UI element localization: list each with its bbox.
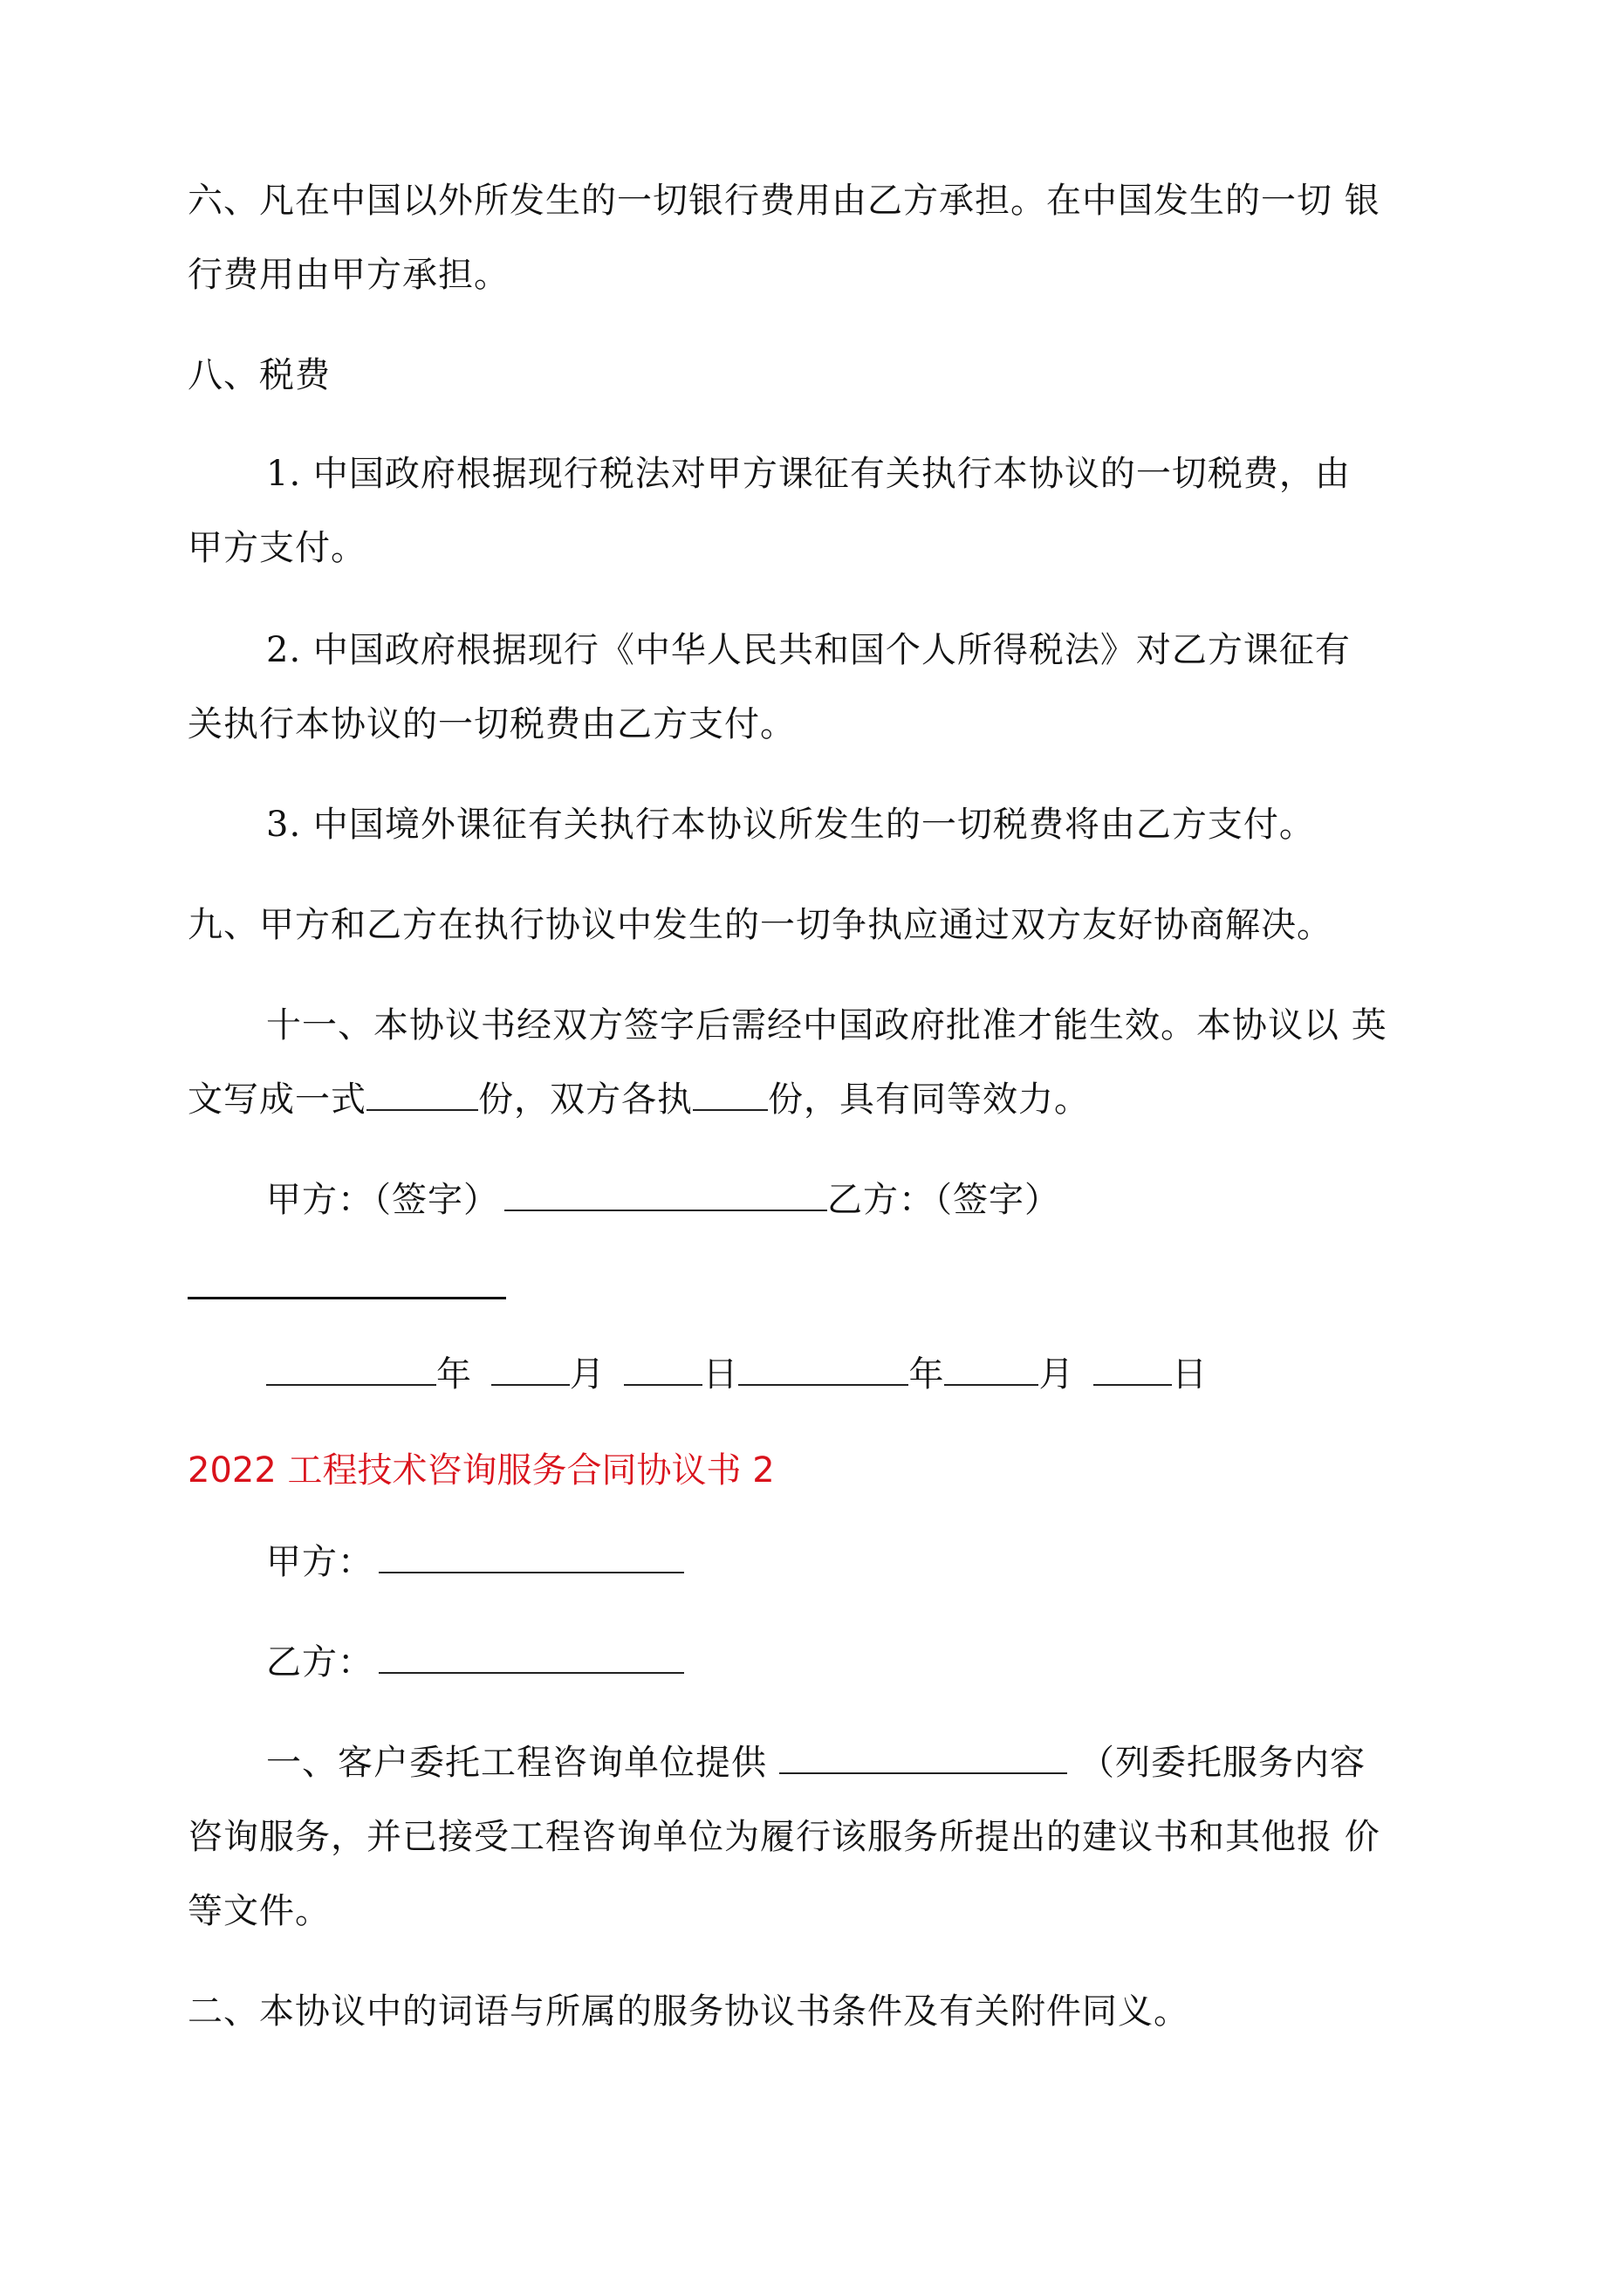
signature-line: 甲方：（签字）乙方：（签字） — [266, 1178, 1060, 1222]
clause-8-1-line-1: 1. 中国政府根据现行税法对甲方课征有关执行本协议的一切税费，由 — [266, 452, 1351, 496]
party-a-signature-blank[interactable] — [504, 1178, 827, 1211]
clause-8-title: 八、税费 — [188, 353, 331, 397]
date-b-year-label: 年 — [908, 1354, 944, 1395]
clause-11-text-c: 份，具有同等效力。 — [768, 1079, 1090, 1120]
party-b-sign-label: 乙方：（签字） — [827, 1180, 1060, 1220]
clause-6-line-1: 六、凡在中国以外所发生的一切银行费用由乙方承担。在中国发生的一切 银 — [188, 179, 1380, 223]
section2-party-b-label: 乙方： — [266, 1642, 373, 1683]
copies-each-blank[interactable] — [693, 1078, 768, 1111]
section2-clause-1-line-1: 一、客户委托工程咨询单位提供（列委托服务内容 — [266, 1741, 1366, 1785]
party-b-signature-rule[interactable] — [188, 1297, 506, 1299]
date-b-day-blank[interactable] — [1093, 1353, 1172, 1386]
date-b-month-blank[interactable] — [944, 1353, 1038, 1386]
clause-8-1-line-2: 甲方支付。 — [188, 526, 366, 570]
section2-party-b: 乙方： — [266, 1641, 684, 1684]
section2-clause-1-line-3: 等文件。 — [188, 1889, 331, 1933]
section2-clause-1-text-a: 一、客户委托工程咨询单位提供 — [266, 1743, 767, 1783]
date-line: 年 月 日年月 日 — [266, 1353, 1208, 1396]
date-a-year-label: 年 — [436, 1354, 472, 1395]
date-a-day-blank[interactable] — [624, 1353, 702, 1386]
clause-8-2-line-2: 关执行本协议的一切税费由乙方支付。 — [188, 703, 796, 746]
clause-11-line-1: 十一、本协议书经双方签字后需经中国政府批准才能生效。本协议以 英 — [266, 1004, 1387, 1047]
clause-9-line-1: 九、甲方和乙方在执行协议中发生的一切争执应通过双方友好协商解决。 — [188, 903, 1332, 947]
date-a-year-blank[interactable] — [266, 1353, 436, 1386]
clause-11-line-2: 文写成一式份，双方各执份，具有同等效力。 — [188, 1078, 1090, 1121]
date-b-year-blank[interactable] — [738, 1353, 908, 1386]
section2-party-a: 甲方： — [266, 1540, 684, 1584]
date-a-month-label: 月 — [570, 1354, 606, 1395]
section2-party-a-label: 甲方： — [266, 1542, 373, 1582]
section2-clause-2-line-1: 二、本协议中的词语与所属的服务协议书条件及有关附件同义。 — [188, 1990, 1189, 2033]
clause-8-3-line-1: 3. 中国境外课征有关执行本协议所发生的一切税费将由乙方支付。 — [266, 803, 1315, 846]
section2-party-b-blank[interactable] — [379, 1641, 684, 1674]
section2-clause-1-text-b: （列委托服务内容 — [1079, 1743, 1366, 1783]
date-b-day-label: 日 — [1172, 1354, 1208, 1395]
clause-11-text-b: 份，双方各执 — [478, 1079, 693, 1120]
document-page: 六、凡在中国以外所发生的一切银行费用由乙方承担。在中国发生的一切 银 行费用由甲… — [0, 0, 1623, 2296]
party-a-sign-label: 甲方：（签字） — [266, 1180, 499, 1220]
section2-clause-1-line-2: 咨询服务，并已接受工程咨询单位为履行该服务所提出的建议书和其他报 价 — [188, 1815, 1380, 1859]
copies-total-blank[interactable] — [366, 1078, 478, 1111]
clause-11-text-a: 文写成一式 — [188, 1079, 366, 1120]
section2-party-a-blank[interactable] — [379, 1540, 684, 1573]
clause-6-line-2: 行费用由甲方承担。 — [188, 253, 510, 297]
service-content-blank[interactable] — [779, 1741, 1067, 1774]
date-a-month-blank[interactable] — [491, 1353, 570, 1386]
date-a-day-label: 日 — [702, 1354, 738, 1395]
section-heading: 2022 工程技术咨询服务合同协议书 2 — [188, 1449, 775, 1492]
clause-8-2-line-1: 2. 中国政府根据现行《中华人民共和国个人所得税法》对乙方课征有 — [266, 628, 1351, 672]
date-b-month-label: 月 — [1038, 1354, 1074, 1395]
